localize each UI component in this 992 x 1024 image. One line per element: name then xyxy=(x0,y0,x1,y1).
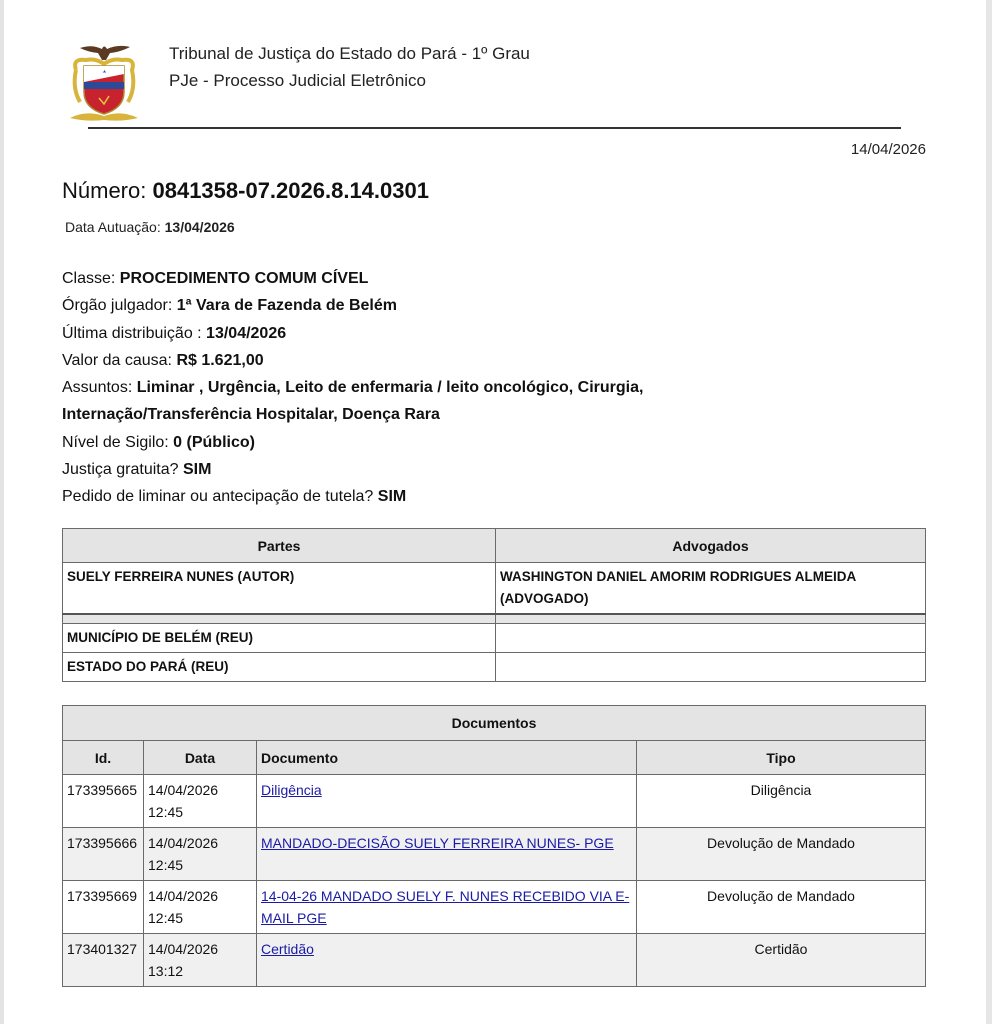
autuacao-date: Data Autuação: 13/04/2026 xyxy=(65,219,235,235)
table-row: 173395665 14/04/202612:45 Diligência Dil… xyxy=(63,775,926,828)
document-link[interactable]: Diligência xyxy=(261,782,322,798)
partes-header-row: Partes Advogados xyxy=(63,529,926,563)
detail-value: R$ 1.621,00 xyxy=(176,352,263,369)
doc-name: MANDADO-DECISÃO SUELY FERREIRA NUNES- PG… xyxy=(257,828,637,881)
table-row: 173395669 14/04/202612:45 14-04-26 MANDA… xyxy=(63,881,926,934)
detail-value: SIM xyxy=(378,488,406,505)
documentos-caption: Documentos xyxy=(63,706,926,741)
detail-label: Última distribuição : xyxy=(62,325,206,342)
process-details: Classe: PROCEDIMENTO COMUM CÍVEL Órgão j… xyxy=(62,265,762,511)
detail-valor-causa: Valor da causa: R$ 1.621,00 xyxy=(62,347,762,374)
documentos-table: Documentos Id. Data Documento Tipo 17339… xyxy=(62,705,926,987)
parte-cell: SUELY FERREIRA NUNES (AUTOR) xyxy=(63,563,496,615)
doc-tipo: Devolução de Mandado xyxy=(637,881,926,934)
court-title: Tribunal de Justiça do Estado do Pará - … xyxy=(169,44,530,64)
doc-name: 14-04-26 MANDADO SUELY F. NUNES RECEBIDO… xyxy=(257,881,637,934)
doc-date: 14/04/202613:12 xyxy=(144,934,257,987)
page-edge-right xyxy=(986,0,992,1024)
detail-label: Valor da causa: xyxy=(62,352,176,369)
doc-date-day: 14/04/2026 xyxy=(148,779,252,801)
doc-id: 173395666 xyxy=(63,828,144,881)
documentos-header-row: Id. Data Documento Tipo xyxy=(63,741,926,775)
doc-id: 173401327 xyxy=(63,934,144,987)
detail-value: PROCEDIMENTO COMUM CÍVEL xyxy=(120,270,369,287)
doc-date: 14/04/202612:45 xyxy=(144,828,257,881)
advogado-cell xyxy=(496,624,926,653)
detail-nivel-sigilo: Nível de Sigilo: 0 (Público) xyxy=(62,429,762,456)
table-row: SUELY FERREIRA NUNES (AUTOR) WASHINGTON … xyxy=(63,563,926,615)
col-data-header: Data xyxy=(144,741,257,775)
documentos-caption-row: Documentos xyxy=(63,706,926,741)
system-subtitle: PJe - Processo Judicial Eletrônico xyxy=(169,71,426,91)
doc-id: 173395669 xyxy=(63,881,144,934)
doc-date-time: 13:12 xyxy=(148,960,252,982)
autuacao-value: 13/04/2026 xyxy=(165,219,235,235)
col-documento-header: Documento xyxy=(257,741,637,775)
document-link[interactable]: 14-04-26 MANDADO SUELY F. NUNES RECEBIDO… xyxy=(261,888,629,926)
detail-value: Liminar , Urgência, Leito de enfermaria … xyxy=(62,379,643,423)
doc-date: 14/04/202612:45 xyxy=(144,775,257,828)
autuacao-label: Data Autuação: xyxy=(65,219,165,235)
page-edge-left xyxy=(0,0,4,1024)
parte-cell: ESTADO DO PARÁ (REU) xyxy=(63,653,496,682)
detail-label: Pedido de liminar ou antecipação de tute… xyxy=(62,488,378,505)
doc-id: 173395665 xyxy=(63,775,144,828)
document-link[interactable]: MANDADO-DECISÃO SUELY FERREIRA NUNES- PG… xyxy=(261,835,614,851)
detail-classe: Classe: PROCEDIMENTO COMUM CÍVEL xyxy=(62,265,762,292)
process-number: Número: 0841358-07.2026.8.14.0301 xyxy=(62,178,429,204)
doc-tipo: Devolução de Mandado xyxy=(637,828,926,881)
col-tipo-header: Tipo xyxy=(637,741,926,775)
doc-date-time: 12:45 xyxy=(148,907,252,929)
detail-label: Justiça gratuita? xyxy=(62,461,183,478)
detail-label: Classe: xyxy=(62,270,120,287)
doc-date-day: 14/04/2026 xyxy=(148,885,252,907)
detail-label: Assuntos: xyxy=(62,379,137,396)
detail-ultima-distribuicao: Última distribuição : 13/04/2026 xyxy=(62,320,762,347)
partes-table: Partes Advogados SUELY FERREIRA NUNES (A… xyxy=(62,528,926,682)
table-row: 173395666 14/04/202612:45 MANDADO-DECISÃ… xyxy=(63,828,926,881)
parte-cell: MUNICÍPIO DE BELÉM (REU) xyxy=(63,624,496,653)
detail-value: SIM xyxy=(183,461,211,478)
doc-name: Certidão xyxy=(257,934,637,987)
doc-tipo: Diligência xyxy=(637,775,926,828)
detail-pedido-liminar: Pedido de liminar ou antecipação de tute… xyxy=(62,483,762,510)
partes-header: Partes xyxy=(63,529,496,563)
doc-date: 14/04/202612:45 xyxy=(144,881,257,934)
doc-name: Diligência xyxy=(257,775,637,828)
detail-value: 1ª Vara de Fazenda de Belém xyxy=(177,297,397,314)
doc-date-time: 12:45 xyxy=(148,801,252,823)
table-row: MUNICÍPIO DE BELÉM (REU) xyxy=(63,624,926,653)
advogado-cell xyxy=(496,653,926,682)
row-separator xyxy=(63,614,926,624)
print-date: 14/04/2026 xyxy=(851,141,926,158)
detail-assuntos: Assuntos: Liminar , Urgência, Leito de e… xyxy=(62,374,742,429)
detail-orgao-julgador: Órgão julgador: 1ª Vara de Fazenda de Be… xyxy=(62,292,762,319)
doc-date-day: 14/04/2026 xyxy=(148,832,252,854)
tjpa-coat-of-arms-icon xyxy=(66,40,142,124)
doc-date-time: 12:45 xyxy=(148,854,252,876)
detail-label: Nível de Sigilo: xyxy=(62,434,173,451)
table-row: ESTADO DO PARÁ (REU) xyxy=(63,653,926,682)
detail-label: Órgão julgador: xyxy=(62,297,177,314)
col-id-header: Id. xyxy=(63,741,144,775)
detail-value: 0 (Público) xyxy=(173,434,255,451)
detail-justica-gratuita: Justiça gratuita? SIM xyxy=(62,456,762,483)
document-link[interactable]: Certidão xyxy=(261,941,314,957)
header-divider xyxy=(88,127,901,129)
advogado-cell: WASHINGTON DANIEL AMORIM RODRIGUES ALMEI… xyxy=(496,563,926,615)
process-number-label: Número: xyxy=(62,178,152,203)
process-number-value: 0841358-07.2026.8.14.0301 xyxy=(152,178,428,203)
advogados-header: Advogados xyxy=(496,529,926,563)
detail-value: 13/04/2026 xyxy=(206,325,286,342)
doc-tipo: Certidão xyxy=(637,934,926,987)
table-row: 173401327 14/04/202613:12 Certidão Certi… xyxy=(63,934,926,987)
doc-date-day: 14/04/2026 xyxy=(148,938,252,960)
